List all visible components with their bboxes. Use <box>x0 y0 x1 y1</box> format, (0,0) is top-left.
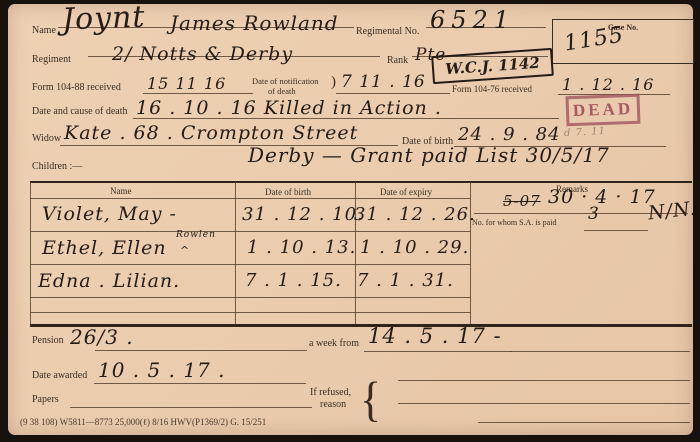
form-104-88-label: Form 104-88 received <box>32 82 121 93</box>
date-awarded-value: 10 . 5 . 17 . <box>98 358 225 382</box>
papers-label: Papers <box>32 394 59 405</box>
sa-paid-label: No. for whom S.A. is paid <box>472 218 556 227</box>
reason-label: reason <box>320 399 346 410</box>
rule-line <box>398 380 690 381</box>
child-birth: 7 . 1 . 15. <box>245 270 342 291</box>
office-stamp-value: W.C.J. 1142 <box>445 54 541 79</box>
notification-value: 7 11 . 16 <box>341 72 426 92</box>
pencil-note: d 7. 11 <box>564 126 607 139</box>
rule-line <box>510 351 690 352</box>
date-awarded-label: Date awarded <box>32 370 87 381</box>
pension-record-card: Name Joynt James Rowland Regimental No. … <box>8 4 693 435</box>
rule-line <box>94 383 306 384</box>
rule-line <box>364 351 512 352</box>
child-name: Edna . Lilian. <box>38 270 180 292</box>
child-expiry: 1 . 10 . 29. <box>360 237 469 258</box>
grant-note: Derby — Grant paid List 30/5/17 <box>248 143 610 167</box>
form-104-76-label: Form 104-76 received <box>452 84 532 94</box>
table-row-line <box>30 264 470 265</box>
caret-mark: ^ <box>180 244 190 257</box>
col-header-expiry: Date of expiry <box>380 187 432 197</box>
rule-line <box>336 93 450 94</box>
surname-handwriting: Joynt <box>61 0 146 37</box>
date-of-birth-value: 24 . 9 . 84 <box>458 124 561 145</box>
rule-line <box>398 403 690 404</box>
name-label: Name <box>32 25 56 36</box>
child-name-insert: Rowlen <box>176 230 216 240</box>
office-stamp-box: W.C.J. 1142 <box>431 48 554 84</box>
death-label: Date and cause of death <box>32 106 128 117</box>
printer-imprint: (9 38 108) W5811—8773 25,000(ℓ) 8/16 HWV… <box>20 417 266 427</box>
widow-value: Kate . 68 . Crompton Street <box>64 122 358 144</box>
dead-stamp: DEAD <box>565 94 640 127</box>
col-header-name: Name <box>110 186 132 196</box>
forenames-handwriting: James Rowland <box>170 11 339 35</box>
rule-line <box>478 422 690 423</box>
regiment-value: 2/ Notts & Derby <box>112 43 293 65</box>
child-name: Ethel, Ellen <box>42 237 167 259</box>
pension-value: 26/3 . <box>70 325 134 349</box>
paren-glyph: ) <box>331 74 336 91</box>
table-row-line <box>30 312 470 313</box>
week-from-value: 14 . 5 . 17 - <box>368 324 502 348</box>
regimental-no-label: Regimental No. <box>356 26 419 37</box>
children-label: Children :— <box>32 161 82 172</box>
remarks-date-value: 30 · 4 · 17 <box>548 186 656 208</box>
table-header-underline <box>30 198 470 199</box>
widow-label: Widow <box>32 133 61 144</box>
rule-line <box>70 407 312 408</box>
brace-glyph: { <box>360 371 381 427</box>
sa-paid-value: 3 <box>588 204 600 224</box>
remarks-struck-value: 5-07 <box>503 192 541 210</box>
child-birth: 31 . 12 . 10. <box>242 204 364 225</box>
child-name: Violet, May - <box>42 203 177 225</box>
regiment-label: Regiment <box>32 54 71 65</box>
table-left-border <box>30 182 31 325</box>
pension-label: Pension <box>32 335 64 346</box>
regimental-no-value: 6521 <box>430 6 515 34</box>
rule-line <box>143 93 253 94</box>
rank-label: Rank <box>387 55 408 66</box>
table-top-border <box>30 181 692 183</box>
table-col-divider <box>235 182 236 325</box>
notification-label-line1: Date of notification <box>252 76 319 86</box>
col-header-birth: Date of birth <box>265 187 311 197</box>
rule-line <box>584 230 648 231</box>
death-value: 16 . 10 . 16 Killed in Action . <box>136 97 442 119</box>
nn-annotation: N/N. <box>647 198 698 225</box>
child-expiry: 7 . 1 . 31. <box>357 270 454 291</box>
child-expiry: 31 . 12 . 26. <box>354 204 476 225</box>
form-104-76-value: 1 . 12 . 16 <box>562 75 654 94</box>
rule-line <box>95 350 307 351</box>
table-row-line <box>30 297 470 298</box>
notification-label-line2: of death <box>268 86 296 96</box>
week-from-label: a week from <box>309 338 359 349</box>
if-refused-label: If refused, <box>310 387 351 398</box>
child-birth: 1 . 10 . 13. <box>247 237 356 258</box>
table-row-line <box>30 231 470 232</box>
form-104-88-value: 15 11 16 <box>147 74 226 93</box>
